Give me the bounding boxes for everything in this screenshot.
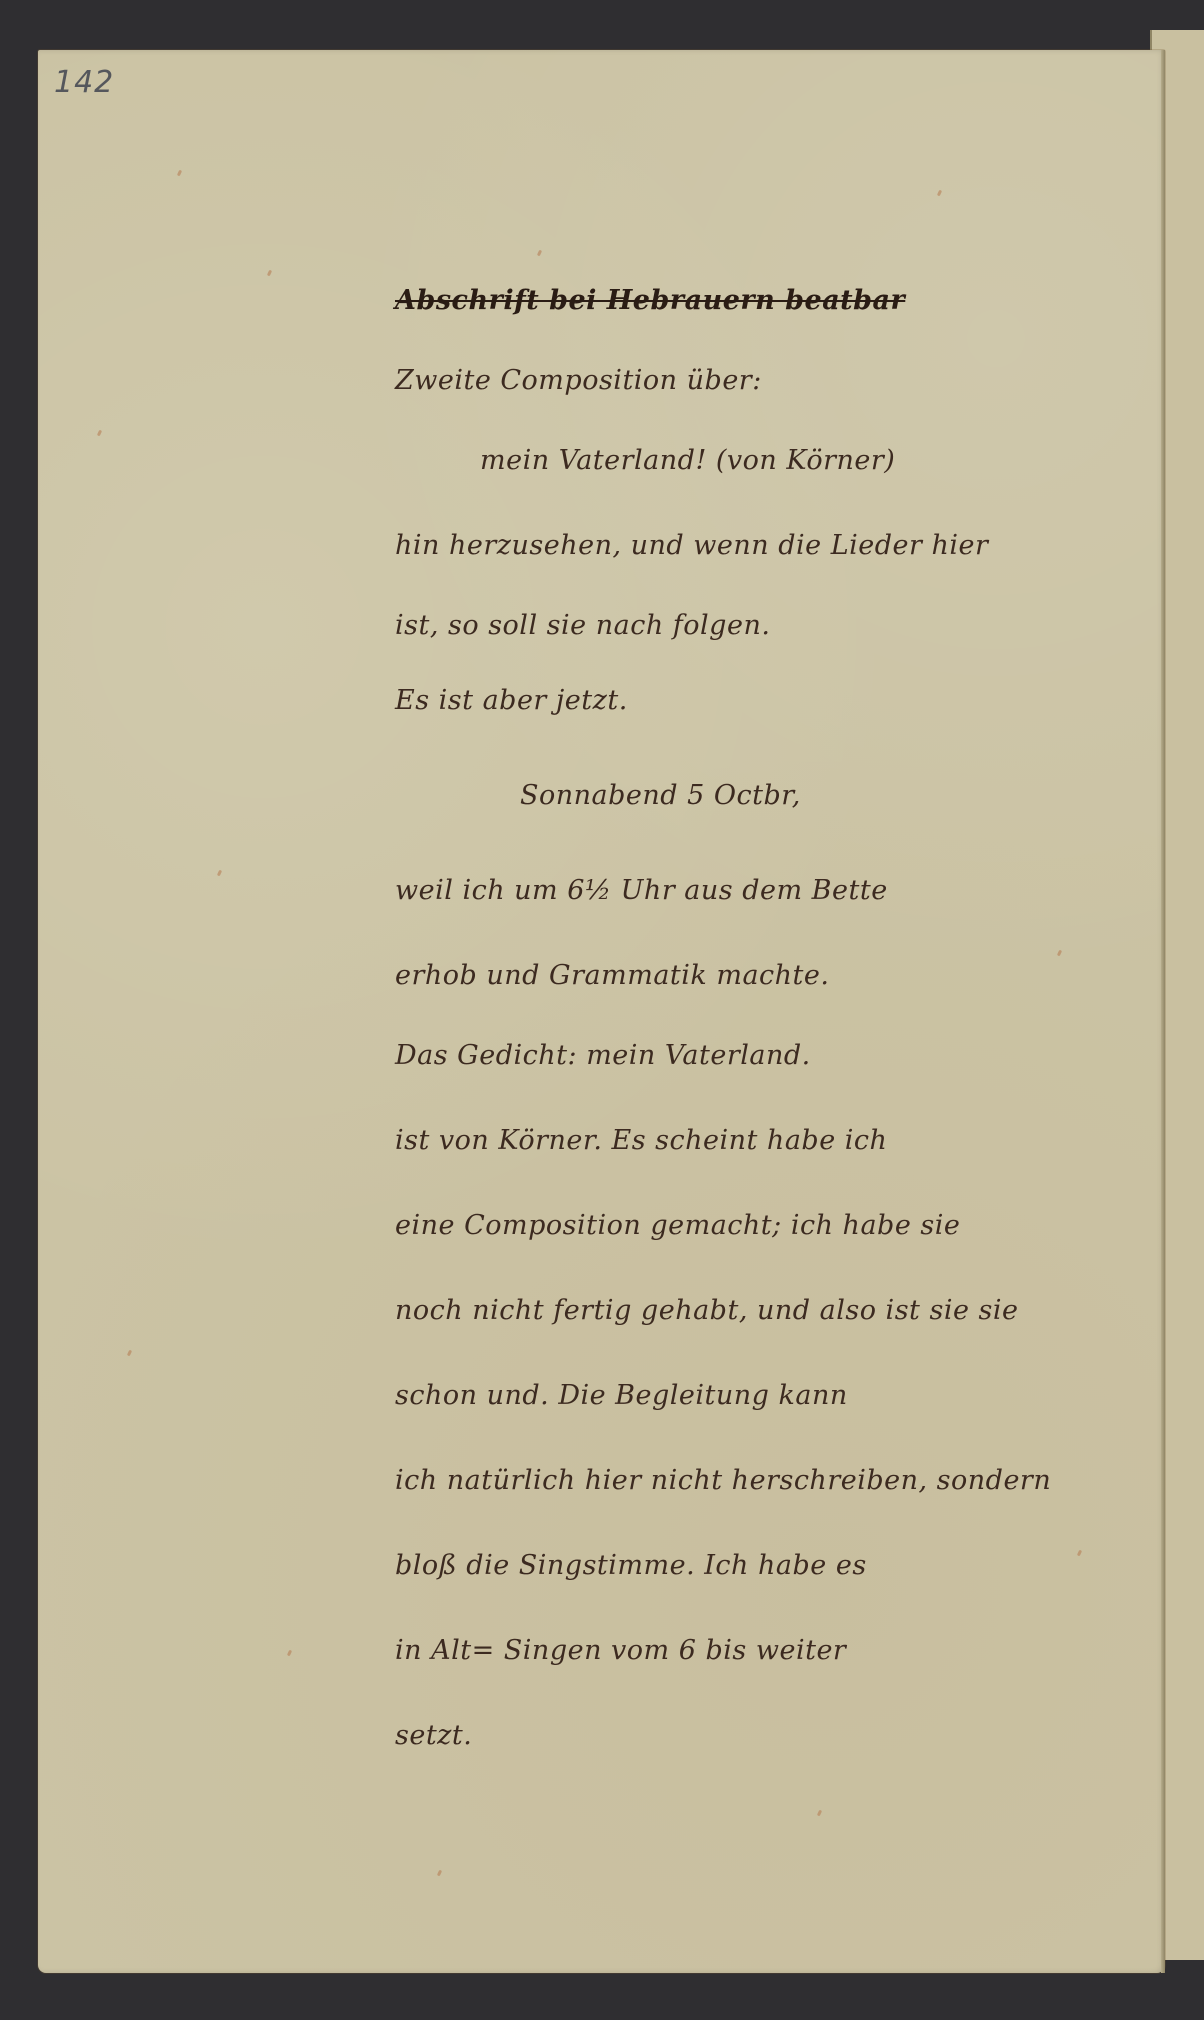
text-line: Das Gedicht: mein Vaterland. [395,1040,811,1072]
text-line: noch nicht fertig gehabt, und also ist s… [395,1295,1019,1327]
paper-speck [1077,1550,1082,1557]
text-line: Es ist aber jetzt. [395,685,628,717]
text-line: erhob und Grammatik machte. [395,960,829,992]
text-line: eine Composition gemacht; ich habe sie [395,1210,960,1242]
text-line: bloß die Singstimme. Ich habe es [395,1550,867,1582]
text-line: schon und. Die Begleitung kann [395,1380,848,1412]
paper-speck [217,870,222,877]
struck-heading-line: Abschrift bei Hebrauern beatbar [395,285,905,317]
paper-speck [817,1810,822,1817]
paper-speck [267,270,272,277]
text-line: mein Vaterland! (von Körner) [480,445,895,477]
paper-speck [537,250,542,257]
date-heading: Sonnabend 5 Octbr, [520,780,801,812]
manuscript-page [38,50,1165,1973]
paper-speck [287,1650,292,1657]
paper-speck [437,1870,442,1877]
text-line: in Alt= Singen vom 6 bis weiter [395,1635,846,1667]
text-line: hin herzusehen, und wenn die Lieder hier [395,530,988,562]
page-gutter [1161,50,1165,1973]
text-line: ist von Körner. Es scheint habe ich [395,1125,887,1157]
text-line: ist, so soll sie nach folgen. [395,610,770,642]
text-line: weil ich um 6½ Uhr aus dem Bette [395,875,888,907]
paper-speck [127,1350,132,1357]
text-line: ich natürlich hier nicht herschreiben, s… [395,1465,1051,1497]
paper-speck [97,430,102,437]
paper-speck [177,170,182,177]
text-line: setzt. [395,1720,472,1752]
text-line: Zweite Composition über: [395,365,762,397]
paper-speck [1057,950,1062,957]
folio-number: 142 [54,65,114,100]
paper-speck [937,190,942,197]
